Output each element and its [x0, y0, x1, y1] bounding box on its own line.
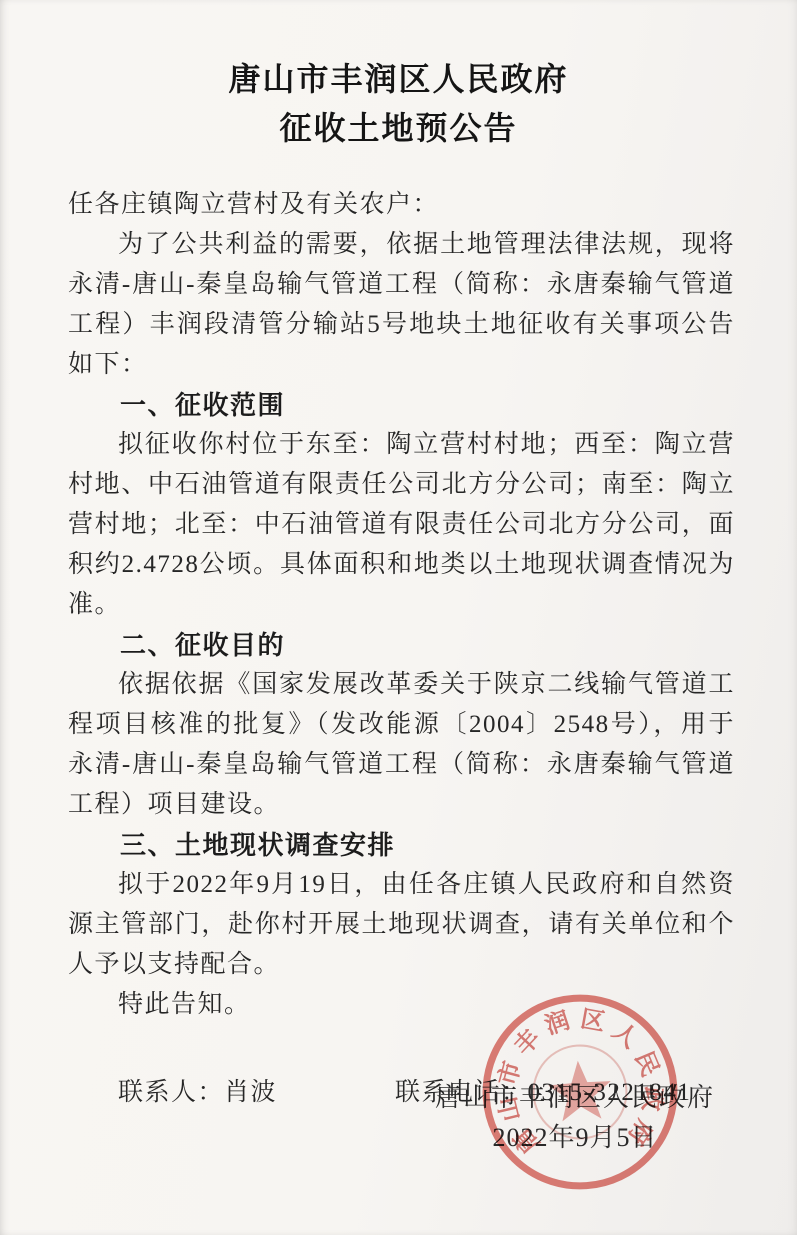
seal-ring-char: 民: [629, 1048, 663, 1081]
seal-ring-char: 府: [622, 1115, 659, 1151]
seal-ring-char: 润: [541, 1007, 573, 1041]
seal-ring-char: 市: [494, 1058, 526, 1088]
seal-ring-char: 人: [607, 1018, 643, 1054]
section-3-body: 拟于2022年9月19日，由任各庄镇人民政府和自然资源主管部门，赴你村开展土地现…: [68, 865, 735, 985]
document-body: 任各庄镇陶立营村及有关农户： 为了公共利益的需要，依据土地管理法律法规，现将永清…: [0, 153, 797, 1113]
salutation: 任各庄镇陶立营村及有关农户：: [68, 185, 735, 225]
seal-emblem-star: [546, 1059, 613, 1123]
scanned-announcement-page: 唐山市丰润区人民政府 征收土地预公告 任各庄镇陶立营村及有关农户： 为了公共利益…: [0, 0, 797, 1235]
official-seal: 唐山市丰润区人民政府: [467, 979, 693, 1205]
document-title-line2: 征收土地预公告: [0, 104, 797, 153]
document-title-line1: 唐山市丰润区人民政府: [0, 55, 797, 104]
contact-person: 联系人：肖波: [118, 1073, 277, 1113]
contact-person-label: 联系人：: [118, 1079, 224, 1106]
seal-ring-char: 区: [578, 1006, 607, 1037]
section-2-body: 依据依据《国家发展改革委关于陕京二线输气管道工程项目核准的批复》（发改能源〔20…: [68, 665, 735, 825]
section-1-body: 拟征收你村位于东至：陶立营村村地；西至：陶立营村地、中石油管道有限责任公司北方分…: [68, 425, 735, 625]
section-2-heading: 二、征收目的: [68, 625, 735, 665]
intro-paragraph: 为了公共利益的需要，依据土地管理法律法规，现将永清-唐山-秦皇岛输气管道工程（简…: [68, 225, 735, 385]
seal-ring-char: 丰: [509, 1024, 546, 1061]
section-3-heading: 三、土地现状调查安排: [68, 825, 735, 865]
seal-ring-char: 山: [494, 1094, 526, 1124]
document-title: 唐山市丰润区人民政府 征收土地预公告: [0, 55, 797, 153]
seal-ring-char: 政: [637, 1086, 666, 1113]
seal-ring-char: 唐: [508, 1122, 544, 1158]
contact-person-name: 肖波: [224, 1079, 277, 1106]
section-1-heading: 一、征收范围: [68, 385, 735, 425]
